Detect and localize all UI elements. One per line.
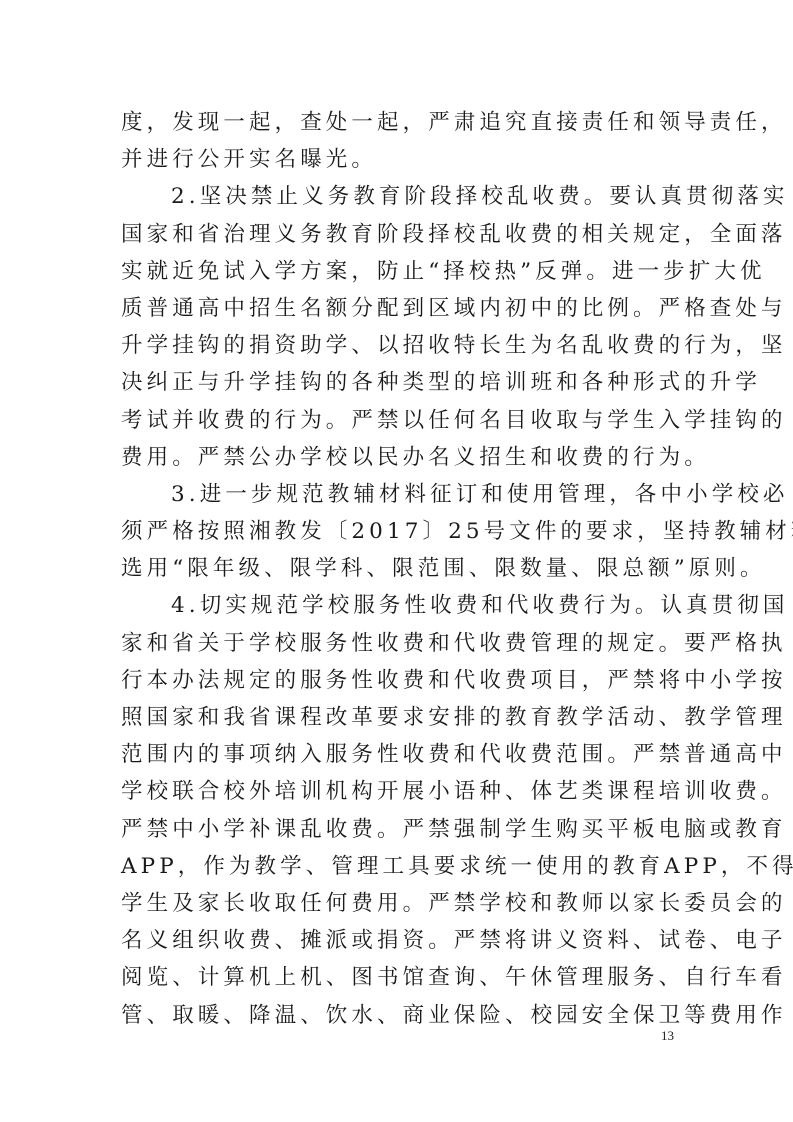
page-number: 13 [661,1028,674,1044]
text-line: 决纠正与升学挂钩的各种类型的培训班和各种形式的升学 [121,364,683,401]
text-line: 选用“限年级、限学科、限范围、限数量、限总额”原则。 [121,550,683,587]
text-line: 升学挂钩的捐资助学、以招收特长生为名乱收费的行为，坚 [121,327,683,364]
document-page: 度，发现一起，查处一起，严肃追究直接责任和领导责任， 并进行公开实名曝光。 2.… [0,0,793,1122]
text-line: 照国家和我省课程改革要求安排的教育教学活动、教学管理 [121,699,683,736]
text-line: 国家和省治理义务教育阶段择校乱收费的相关规定，全面落 [121,216,683,253]
text-line: 费用。严禁公办学校以民办名义招生和收费的行为。 [121,439,683,476]
body-text: 度，发现一起，查处一起，严肃追究直接责任和领导责任， 并进行公开实名曝光。 2.… [121,104,683,1034]
text-line: 考试并收费的行为。严禁以任何名目收取与学生入学挂钩的 [121,402,683,439]
text-line: 并进行公开实名曝光。 [121,141,683,178]
text-line: 范围内的事项纳入服务性收费和代收费范围。严禁普通高中 [121,736,683,773]
paragraph-2-start: 2.坚决禁止义务教育阶段择校乱收费。要认真贯彻落实 [121,178,683,215]
text-line: 管、取暖、降温、饮水、商业保险、校园安全保卫等费用作 [121,997,683,1034]
text-line: 严禁中小学补课乱收费。严禁强制学生购买平板电脑或教育 [121,811,683,848]
paragraph-3-start: 3.进一步规范教辅材料征订和使用管理，各中小学校必 [121,476,683,513]
text-line: 行本办法规定的服务性收费和代收费项目，严禁将中小学按 [121,662,683,699]
text-line: 实就近免试入学方案，防止“择校热”反弹。进一步扩大优 [121,253,683,290]
text-line: 学校联合校外培训机构开展小语种、体艺类课程培训收费。 [121,773,683,810]
text-line: 阅览、计算机上机、图书馆查询、午休管理服务、自行车看 [121,959,683,996]
text-line: 学生及家长收取任何费用。严禁学校和教师以家长委员会的 [121,885,683,922]
text-line: 须严格按照湘教发〔2017〕25号文件的要求，坚持教辅材料 [121,513,683,550]
text-line: 家和省关于学校服务性收费和代收费管理的规定。要严格执 [121,625,683,662]
text-line: 度，发现一起，查处一起，严肃追究直接责任和领导责任， [121,104,683,141]
text-line: 质普通高中招生名额分配到区域内初中的比例。严格查处与 [121,290,683,327]
text-line: APP，作为教学、管理工具要求统一使用的教育APP，不得向 [121,848,683,885]
paragraph-4-start: 4.切实规范学校服务性收费和代收费行为。认真贯彻国 [121,587,683,624]
text-line: 名义组织收费、摊派或捐资。严禁将讲义资料、试卷、电子 [121,922,683,959]
